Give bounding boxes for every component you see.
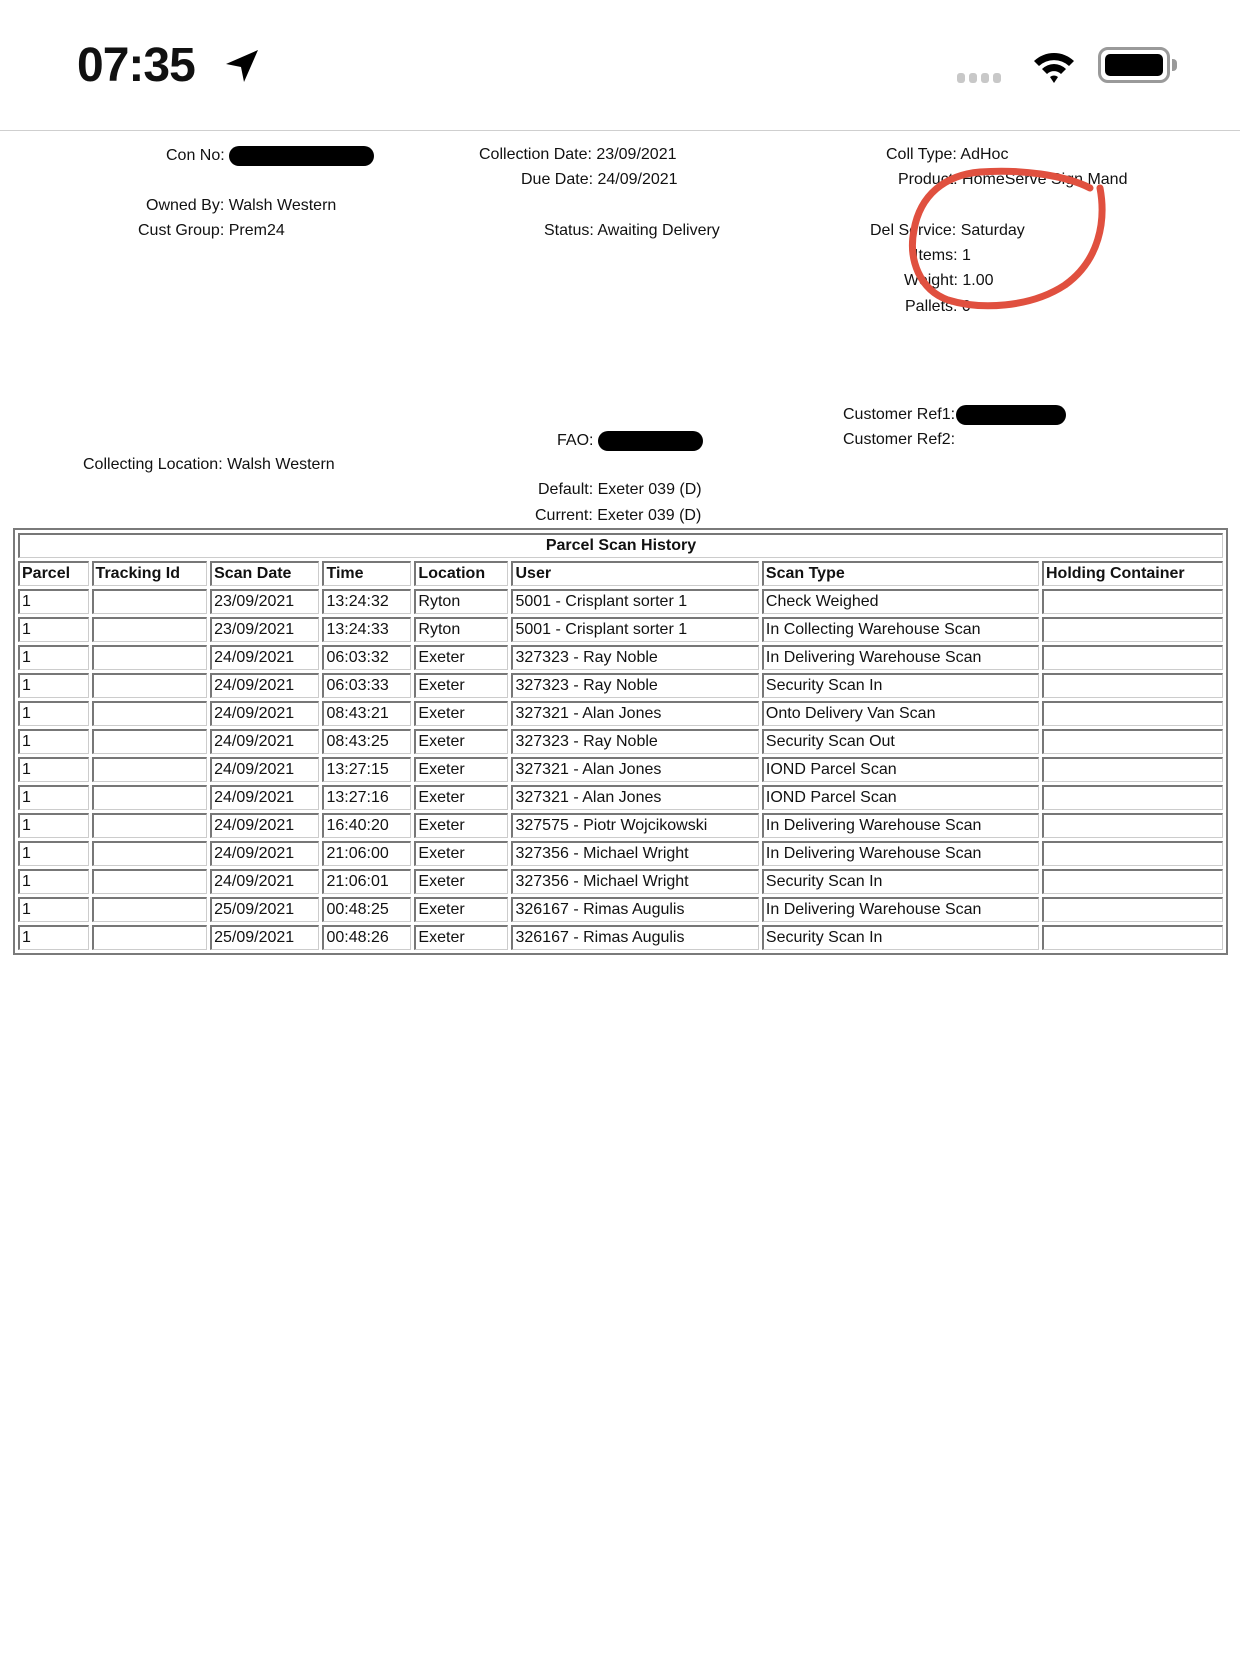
column-header-time: Time bbox=[322, 561, 411, 586]
cell-time: 00:48:26 bbox=[322, 925, 411, 950]
cell-time: 08:43:21 bbox=[322, 701, 411, 726]
cell-tracking-id bbox=[92, 645, 208, 670]
table-row: 124/09/202113:27:15Exeter327321 - Alan J… bbox=[18, 757, 1223, 782]
cell-user: 326167 - Rimas Augulis bbox=[511, 925, 758, 950]
cell-holding-container bbox=[1042, 645, 1223, 670]
cell-parcel: 1 bbox=[18, 757, 89, 782]
cust-group-value: Prem24 bbox=[229, 222, 285, 239]
cell-holding-container bbox=[1042, 617, 1223, 642]
weight-field: Weight: 1.00 bbox=[904, 272, 994, 290]
cell-time: 16:40:20 bbox=[322, 813, 411, 838]
cell-holding-container bbox=[1042, 869, 1223, 894]
table-row: 124/09/202121:06:01Exeter327356 - Michae… bbox=[18, 869, 1223, 894]
cell-user: 326167 - Rimas Augulis bbox=[511, 897, 758, 922]
default-depot-value: Exeter 039 (D) bbox=[598, 481, 702, 498]
del-service-field: Del Service: Saturday bbox=[870, 222, 1025, 240]
cell-parcel: 1 bbox=[18, 673, 89, 698]
cell-scan-type: Security Scan In bbox=[762, 869, 1039, 894]
cell-location: Exeter bbox=[414, 841, 508, 866]
column-header-parcel: Parcel bbox=[18, 561, 89, 586]
pallets-value: 0 bbox=[962, 298, 971, 315]
owned-by-value: Walsh Western bbox=[229, 197, 337, 214]
cell-scan-date: 24/09/2021 bbox=[210, 673, 319, 698]
current-depot-value: Exeter 039 (D) bbox=[597, 507, 701, 524]
cell-scan-date: 23/09/2021 bbox=[210, 589, 319, 614]
cell-tracking-id bbox=[92, 841, 208, 866]
cell-location: Exeter bbox=[414, 701, 508, 726]
column-header-holding-container: Holding Container bbox=[1042, 561, 1223, 586]
owned-by-field: Owned By: Walsh Western bbox=[146, 197, 336, 215]
items-label: Items: bbox=[914, 247, 958, 264]
cell-scan-type: IOND Parcel Scan bbox=[762, 757, 1039, 782]
cell-tracking-id bbox=[92, 729, 208, 754]
cell-holding-container bbox=[1042, 925, 1223, 950]
cell-user: 5001 - Crisplant sorter 1 bbox=[511, 589, 758, 614]
del-service-label: Del Service: bbox=[870, 222, 956, 239]
owned-by-label: Owned By: bbox=[146, 197, 224, 214]
cell-scan-date: 24/09/2021 bbox=[210, 757, 319, 782]
status-field: Status: Awaiting Delivery bbox=[544, 222, 720, 240]
cell-holding-container bbox=[1042, 673, 1223, 698]
cell-location: Ryton bbox=[414, 589, 508, 614]
default-depot-label: Default: bbox=[538, 481, 593, 498]
cell-location: Exeter bbox=[414, 729, 508, 754]
ios-status-bar: 07:35 bbox=[0, 0, 1240, 131]
cell-parcel: 1 bbox=[18, 785, 89, 810]
cell-parcel: 1 bbox=[18, 813, 89, 838]
cell-user: 5001 - Crisplant sorter 1 bbox=[511, 617, 758, 642]
cell-parcel: 1 bbox=[18, 729, 89, 754]
cell-user: 327321 - Alan Jones bbox=[511, 785, 758, 810]
cell-scan-type: Security Scan In bbox=[762, 925, 1039, 950]
cell-scan-date: 24/09/2021 bbox=[210, 813, 319, 838]
fao-label: FAO: bbox=[557, 432, 593, 449]
due-date-field: Due Date: 24/09/2021 bbox=[521, 171, 678, 189]
table-row: 125/09/202100:48:25Exeter326167 - Rimas … bbox=[18, 897, 1223, 922]
parcel-scan-history-table: Parcel Scan History ParcelTracking IdSca… bbox=[13, 528, 1228, 955]
cell-scan-type: Security Scan Out bbox=[762, 729, 1039, 754]
column-header-scan-date: Scan Date bbox=[210, 561, 319, 586]
cell-parcel: 1 bbox=[18, 589, 89, 614]
cell-tracking-id bbox=[92, 589, 208, 614]
table-caption: Parcel Scan History bbox=[18, 533, 1223, 558]
table-row: 123/09/202113:24:33Ryton5001 - Crisplant… bbox=[18, 617, 1223, 642]
collection-date-value: 23/09/2021 bbox=[596, 146, 676, 163]
customer-ref2-label: Customer Ref2: bbox=[843, 431, 955, 448]
customer-ref1-redacted bbox=[956, 405, 1066, 425]
cell-tracking-id bbox=[92, 925, 208, 950]
cell-user: 327575 - Piotr Wojcikowski bbox=[511, 813, 758, 838]
cell-holding-container bbox=[1042, 785, 1223, 810]
cell-scan-type: In Delivering Warehouse Scan bbox=[762, 645, 1039, 670]
cell-scan-date: 25/09/2021 bbox=[210, 897, 319, 922]
cell-holding-container bbox=[1042, 841, 1223, 866]
cell-holding-container bbox=[1042, 813, 1223, 838]
collection-date-label: Collection Date: bbox=[479, 146, 592, 163]
cell-location: Exeter bbox=[414, 813, 508, 838]
cell-scan-type: Security Scan In bbox=[762, 673, 1039, 698]
column-header-location: Location bbox=[414, 561, 508, 586]
default-depot-field: Default: Exeter 039 (D) bbox=[538, 481, 702, 499]
cell-parcel: 1 bbox=[18, 645, 89, 670]
cellular-signal-icon bbox=[957, 73, 1001, 83]
table-row: 124/09/202108:43:21Exeter327321 - Alan J… bbox=[18, 701, 1223, 726]
coll-type-value: AdHoc bbox=[960, 146, 1008, 163]
cell-user: 327323 - Ray Noble bbox=[511, 645, 758, 670]
weight-value: 1.00 bbox=[962, 272, 993, 289]
table-row: 124/09/202106:03:32Exeter327323 - Ray No… bbox=[18, 645, 1223, 670]
table-row: 125/09/202100:48:26Exeter326167 - Rimas … bbox=[18, 925, 1223, 950]
cell-scan-date: 23/09/2021 bbox=[210, 617, 319, 642]
cell-scan-date: 24/09/2021 bbox=[210, 869, 319, 894]
product-field: Product: HomeServe Sign Mand bbox=[898, 171, 1127, 189]
cell-parcel: 1 bbox=[18, 897, 89, 922]
cell-tracking-id bbox=[92, 757, 208, 782]
cell-tracking-id bbox=[92, 701, 208, 726]
status-value: Awaiting Delivery bbox=[597, 222, 719, 239]
cell-scan-type: Onto Delivery Van Scan bbox=[762, 701, 1039, 726]
cell-holding-container bbox=[1042, 897, 1223, 922]
battery-tip bbox=[1172, 59, 1177, 71]
cell-user: 327321 - Alan Jones bbox=[511, 701, 758, 726]
cell-time: 13:24:32 bbox=[322, 589, 411, 614]
table-row: 123/09/202113:24:32Ryton5001 - Crisplant… bbox=[18, 589, 1223, 614]
current-depot-label: Current: bbox=[535, 507, 593, 524]
wifi-icon bbox=[1032, 48, 1076, 86]
cell-parcel: 1 bbox=[18, 617, 89, 642]
cell-location: Exeter bbox=[414, 785, 508, 810]
con-no-label: Con No: bbox=[166, 147, 225, 164]
due-date-label: Due Date: bbox=[521, 171, 593, 188]
cell-location: Ryton bbox=[414, 617, 508, 642]
customer-ref1-label: Customer Ref1: bbox=[843, 406, 955, 423]
cell-tracking-id bbox=[92, 617, 208, 642]
cell-time: 06:03:33 bbox=[322, 673, 411, 698]
cell-location: Exeter bbox=[414, 673, 508, 698]
cell-user: 327356 - Michael Wright bbox=[511, 841, 758, 866]
cell-time: 21:06:01 bbox=[322, 869, 411, 894]
cell-time: 13:24:33 bbox=[322, 617, 411, 642]
collecting-location-label: Collecting Location: bbox=[83, 456, 223, 473]
fao-field: FAO: bbox=[557, 431, 703, 451]
table-row: 124/09/202113:27:16Exeter327321 - Alan J… bbox=[18, 785, 1223, 810]
cell-location: Exeter bbox=[414, 645, 508, 670]
cell-user: 327321 - Alan Jones bbox=[511, 757, 758, 782]
cell-location: Exeter bbox=[414, 897, 508, 922]
del-service-value: Saturday bbox=[961, 222, 1025, 239]
pallets-label: Pallets: bbox=[905, 298, 957, 315]
table-body: 123/09/202113:24:32Ryton5001 - Crisplant… bbox=[18, 589, 1223, 950]
product-value: HomeServe Sign Mand bbox=[962, 171, 1127, 188]
coll-type-label: Coll Type: bbox=[886, 146, 957, 163]
table-row: 124/09/202116:40:20Exeter327575 - Piotr … bbox=[18, 813, 1223, 838]
customer-ref2-field: Customer Ref2: bbox=[843, 431, 955, 449]
due-date-value: 24/09/2021 bbox=[598, 171, 678, 188]
cell-holding-container bbox=[1042, 701, 1223, 726]
fao-redacted bbox=[598, 431, 703, 451]
table-row: 124/09/202121:06:00Exeter327356 - Michae… bbox=[18, 841, 1223, 866]
status-label: Status: bbox=[544, 222, 594, 239]
pallets-field: Pallets: 0 bbox=[905, 298, 971, 316]
product-label: Product: bbox=[898, 171, 958, 188]
cell-tracking-id bbox=[92, 673, 208, 698]
con-no-redacted bbox=[229, 146, 374, 166]
cell-time: 00:48:25 bbox=[322, 897, 411, 922]
table-row: 124/09/202108:43:25Exeter327323 - Ray No… bbox=[18, 729, 1223, 754]
cell-location: Exeter bbox=[414, 925, 508, 950]
cell-time: 21:06:00 bbox=[322, 841, 411, 866]
column-header-scan-type: Scan Type bbox=[762, 561, 1039, 586]
collecting-location-value: Walsh Western bbox=[227, 456, 335, 473]
cell-scan-type: In Delivering Warehouse Scan bbox=[762, 813, 1039, 838]
cell-holding-container bbox=[1042, 589, 1223, 614]
con-no-field: Con No: bbox=[166, 146, 374, 166]
cell-scan-type: In Collecting Warehouse Scan bbox=[762, 617, 1039, 642]
table-row: 124/09/202106:03:33Exeter327323 - Ray No… bbox=[18, 673, 1223, 698]
cell-scan-type: Check Weighed bbox=[762, 589, 1039, 614]
cell-scan-type: IOND Parcel Scan bbox=[762, 785, 1039, 810]
table-header-row: ParcelTracking IdScan DateTimeLocationUs… bbox=[18, 561, 1223, 586]
cell-holding-container bbox=[1042, 729, 1223, 754]
cell-time: 06:03:32 bbox=[322, 645, 411, 670]
cust-group-field: Cust Group: Prem24 bbox=[138, 222, 285, 240]
items-field: Items: 1 bbox=[914, 247, 971, 265]
cell-tracking-id bbox=[92, 897, 208, 922]
cell-user: 327323 - Ray Noble bbox=[511, 729, 758, 754]
location-arrow-icon bbox=[222, 46, 262, 86]
items-value: 1 bbox=[962, 247, 971, 264]
cell-scan-date: 24/09/2021 bbox=[210, 785, 319, 810]
cell-location: Exeter bbox=[414, 869, 508, 894]
cell-scan-type: In Delivering Warehouse Scan bbox=[762, 841, 1039, 866]
cell-parcel: 1 bbox=[18, 925, 89, 950]
cell-parcel: 1 bbox=[18, 869, 89, 894]
column-header-user: User bbox=[511, 561, 758, 586]
cell-parcel: 1 bbox=[18, 701, 89, 726]
status-time: 07:35 bbox=[77, 38, 195, 93]
cell-tracking-id bbox=[92, 813, 208, 838]
cell-location: Exeter bbox=[414, 757, 508, 782]
cell-scan-type: In Delivering Warehouse Scan bbox=[762, 897, 1039, 922]
cust-group-label: Cust Group: bbox=[138, 222, 224, 239]
cell-scan-date: 25/09/2021 bbox=[210, 925, 319, 950]
customer-ref1-field: Customer Ref1: bbox=[843, 405, 1066, 425]
cell-scan-date: 24/09/2021 bbox=[210, 645, 319, 670]
cell-user: 327323 - Ray Noble bbox=[511, 673, 758, 698]
cell-tracking-id bbox=[92, 869, 208, 894]
weight-label: Weight: bbox=[904, 272, 958, 289]
cell-tracking-id bbox=[92, 785, 208, 810]
collection-date-field: Collection Date: 23/09/2021 bbox=[479, 146, 676, 164]
collecting-location-field: Collecting Location: Walsh Western bbox=[83, 456, 335, 474]
cell-scan-date: 24/09/2021 bbox=[210, 701, 319, 726]
cell-scan-date: 24/09/2021 bbox=[210, 729, 319, 754]
cell-time: 13:27:16 bbox=[322, 785, 411, 810]
cell-holding-container bbox=[1042, 757, 1223, 782]
cell-time: 08:43:25 bbox=[322, 729, 411, 754]
cell-parcel: 1 bbox=[18, 841, 89, 866]
cell-scan-date: 24/09/2021 bbox=[210, 841, 319, 866]
battery-full-icon bbox=[1098, 47, 1170, 83]
coll-type-field: Coll Type: AdHoc bbox=[886, 146, 1008, 164]
cell-user: 327356 - Michael Wright bbox=[511, 869, 758, 894]
column-header-tracking-id: Tracking Id bbox=[92, 561, 208, 586]
current-depot-field: Current: Exeter 039 (D) bbox=[535, 507, 701, 525]
cell-time: 13:27:15 bbox=[322, 757, 411, 782]
